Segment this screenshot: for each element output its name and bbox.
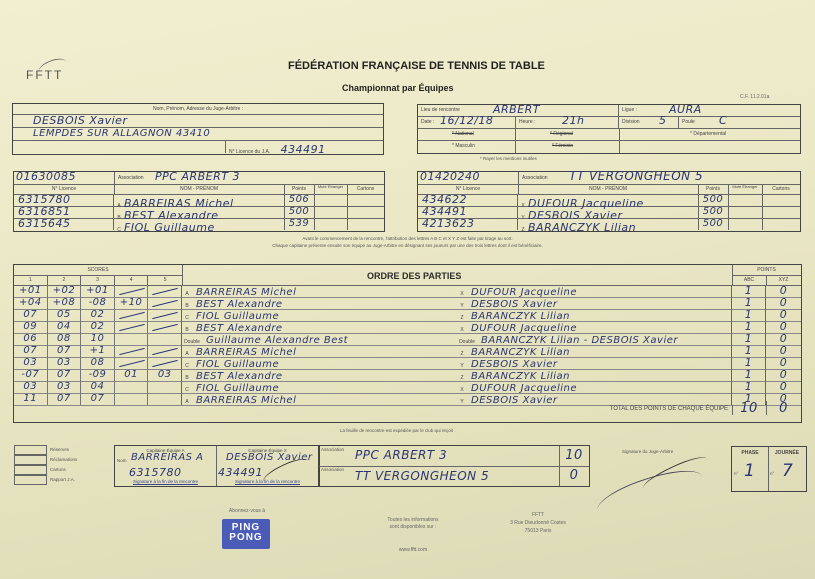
set-score-cell[interactable]: 01 bbox=[115, 369, 149, 381]
set-score-cell[interactable]: 10 bbox=[81, 333, 115, 345]
team-x-player-muted[interactable] bbox=[728, 218, 763, 230]
set-score-cell[interactable]: 03 bbox=[14, 381, 48, 393]
report-checkbox-row: Rapport J.A. bbox=[14, 475, 114, 485]
team-x-col-cartons: Cartons bbox=[762, 184, 800, 194]
set-score-cell[interactable]: 07 bbox=[48, 345, 82, 357]
set-header: 4 bbox=[115, 275, 149, 285]
away-player[interactable]: DESBOIS Xavier bbox=[467, 299, 558, 309]
set-score-cell[interactable]: +1 bbox=[81, 345, 115, 357]
dash-stroke-icon bbox=[153, 288, 178, 295]
captain-a-name[interactable]: BARREIRAS A bbox=[131, 452, 204, 463]
subscribe-label: Abonnez-vous à bbox=[220, 508, 274, 514]
home-player[interactable]: FIOL Guillaume bbox=[192, 383, 279, 393]
home-player[interactable]: BEST Alexandre bbox=[192, 299, 283, 309]
team-a-box: 01630085 Association PPC ARBERT 3 N° Lic… bbox=[13, 171, 385, 232]
team-a-player-letter: C bbox=[114, 227, 124, 233]
home-letter: Double bbox=[182, 336, 202, 345]
away-letter: Double bbox=[457, 336, 477, 345]
referee-license[interactable]: 434491 bbox=[275, 143, 326, 156]
result-box: Association PPC ARBERT 3 10 Association … bbox=[318, 445, 590, 487]
set-score-cell[interactable] bbox=[115, 321, 149, 333]
team-x-association-label: Association bbox=[522, 175, 548, 181]
set-header: 3 bbox=[81, 275, 115, 285]
set-score-cell[interactable]: -08 bbox=[81, 297, 115, 309]
team-x-player-cartons[interactable] bbox=[762, 206, 800, 218]
report-checkbox-row: Cartons bbox=[14, 465, 114, 475]
games-box: SCORES 12345 ORDRE DES PARTIES POINTS AB… bbox=[13, 264, 802, 423]
team-a-player-muted[interactable] bbox=[314, 206, 348, 218]
set-score-cell[interactable]: +02 bbox=[48, 285, 82, 297]
away-letter: Y bbox=[457, 360, 467, 369]
team-a-player-points[interactable]: 500 bbox=[284, 206, 315, 218]
dash-stroke-icon bbox=[153, 360, 178, 367]
team-a-player-muted[interactable] bbox=[314, 194, 348, 206]
set-score-cell[interactable]: 03 bbox=[48, 357, 82, 369]
team-x-col-points: Points bbox=[698, 184, 729, 194]
option-regional[interactable]: * Régional bbox=[550, 131, 573, 137]
total-xyz[interactable]: 0 bbox=[766, 401, 801, 416]
referee-address[interactable]: LEMPDES SUR ALLAGNON 43410 bbox=[13, 127, 383, 140]
captain-x-license[interactable]: 434491 bbox=[218, 466, 263, 479]
set-score-cell[interactable]: 07 bbox=[48, 369, 82, 381]
report-checkbox[interactable] bbox=[14, 455, 47, 465]
team-x-col-name: NOM - PRÉNOM bbox=[518, 184, 699, 194]
total-label: TOTAL DES POINTS DE CHAQUE ÉQUIPE bbox=[610, 406, 728, 412]
dash-stroke-icon bbox=[119, 324, 144, 331]
set-score-cell[interactable] bbox=[115, 345, 149, 357]
division-label: Division bbox=[622, 119, 640, 125]
ligue-label: Ligue : bbox=[622, 107, 637, 113]
option-feminin[interactable]: * Féminin bbox=[552, 143, 573, 149]
form-reference: C.F. 11.2.01a bbox=[740, 94, 769, 100]
page-subtitle: Championnat par Équipes bbox=[342, 83, 454, 93]
set-score-cell[interactable] bbox=[115, 333, 149, 345]
report-checkbox-row: Réserves bbox=[14, 445, 114, 455]
set-score-cell[interactable]: 08 bbox=[81, 357, 115, 369]
set-score-cell[interactable]: 07 bbox=[48, 393, 82, 405]
team-a-player-license[interactable]: 6315645 bbox=[14, 218, 114, 230]
team-x-player-points[interactable]: 500 bbox=[698, 218, 729, 230]
team-a-player-muted[interactable] bbox=[314, 218, 348, 230]
set-score-cell[interactable] bbox=[148, 297, 182, 309]
referee-label: Nom, Prénom, Adresse du Juge-Arbitre : bbox=[13, 104, 383, 114]
report-checkbox[interactable] bbox=[14, 475, 47, 485]
ja-signature-label: Signature du Juge-Arbitre bbox=[622, 449, 673, 454]
option-national[interactable]: * National bbox=[452, 131, 474, 137]
division-value[interactable]: 5 bbox=[659, 114, 667, 127]
set-score-cell[interactable] bbox=[148, 285, 182, 297]
team-a-col-cartons: Cartons bbox=[347, 184, 384, 194]
home-letter: A bbox=[182, 348, 192, 357]
home-player[interactable]: BEST Alexandre bbox=[192, 371, 283, 381]
home-letter: A bbox=[182, 288, 192, 297]
heure-label: Heure : bbox=[519, 119, 535, 125]
website-link[interactable]: www.fftt.com bbox=[368, 547, 458, 553]
phase-num-prefix: n° bbox=[734, 471, 738, 476]
set-score-cell[interactable]: +10 bbox=[115, 297, 149, 309]
team-a-col-name: NOM - PRÉNOM bbox=[114, 184, 285, 194]
away-letter: X bbox=[457, 384, 467, 393]
home-letter: B bbox=[182, 324, 192, 333]
assoc-x-name[interactable]: TT VERGONGHEON 5 bbox=[355, 469, 489, 483]
team-a-player-points[interactable]: 506 bbox=[284, 194, 315, 206]
set-score-cell[interactable] bbox=[115, 393, 149, 405]
away-player[interactable]: BARANCZYK Lilian - DESBOIS Xavier bbox=[477, 335, 678, 345]
home-letter: B bbox=[182, 372, 192, 381]
referee-name[interactable]: DESBOIS Xavier bbox=[13, 114, 383, 127]
set-score-cell[interactable] bbox=[148, 381, 182, 393]
date-label: Date : bbox=[421, 119, 434, 125]
report-checkbox[interactable] bbox=[14, 445, 47, 455]
team-a-player-points[interactable]: 539 bbox=[284, 218, 315, 230]
assoc-a-name[interactable]: PPC ARBERT 3 bbox=[355, 448, 447, 462]
assoc-x-label: Association bbox=[321, 467, 344, 472]
set-score-cell[interactable] bbox=[148, 345, 182, 357]
instructions-line-1: Avant le commencement de la rencontre, l… bbox=[0, 236, 815, 241]
home-letter: A bbox=[182, 396, 192, 405]
team-x-box: 01420240 Association TT VERGONGHEON 5 N°… bbox=[417, 171, 801, 232]
team-a-player-cartons[interactable] bbox=[347, 218, 384, 230]
home-letter: C bbox=[182, 384, 192, 393]
info-line-2: sont disponibles sur : bbox=[368, 524, 458, 530]
team-x-player-muted[interactable] bbox=[728, 194, 763, 206]
set-score-cell[interactable]: +01 bbox=[14, 285, 48, 297]
ligue-value[interactable]: AURA bbox=[669, 103, 702, 116]
match-info-box: Lieu de rencontre ARBERT Ligue : AURA Da… bbox=[417, 104, 801, 154]
away-player[interactable]: BARANCZYK Lilian bbox=[467, 371, 570, 381]
away-player[interactable]: DESBOIS Xavier bbox=[467, 359, 558, 369]
away-letter: Y bbox=[457, 396, 467, 405]
set-score-cell[interactable] bbox=[148, 357, 182, 369]
report-checkbox-label: Rapport J.A. bbox=[50, 477, 75, 482]
poule-label: Poule bbox=[682, 119, 695, 125]
away-letter: X bbox=[457, 324, 467, 333]
set-score-cell[interactable]: 04 bbox=[48, 321, 82, 333]
dash-stroke-icon bbox=[119, 288, 144, 295]
report-checkbox-label: Cartons bbox=[50, 467, 66, 472]
set-header: 5 bbox=[148, 275, 182, 285]
score-x[interactable]: 0 bbox=[559, 466, 589, 486]
page-title: FÉDÉRATION FRANÇAISE DE TENNIS DE TABLE bbox=[288, 60, 545, 72]
away-letter: Z bbox=[457, 372, 467, 381]
set-score-cell[interactable]: 11 bbox=[14, 393, 48, 405]
set-score-cell[interactable] bbox=[148, 333, 182, 345]
set-score-cell[interactable]: 03 bbox=[14, 357, 48, 369]
lieu-value[interactable]: ARBERT bbox=[493, 103, 540, 116]
referee-license-label: N° Licence du J.A. bbox=[226, 149, 270, 155]
expedition-note: La feuille de rencontre est expédiée par… bbox=[340, 428, 453, 433]
away-letter: Z bbox=[457, 312, 467, 321]
set-score-cell[interactable]: 08 bbox=[48, 333, 82, 345]
option-masculin[interactable]: * Masculin bbox=[452, 143, 475, 149]
team-x-player-letter: Z bbox=[518, 227, 528, 233]
team-x-player-license[interactable]: 4213623 bbox=[418, 218, 518, 230]
set-score-cell[interactable] bbox=[115, 285, 149, 297]
report-checkbox-row: Réclamations bbox=[14, 455, 114, 465]
captains-box: Capitaine Équipe A Nom BARREIRAS A 63157… bbox=[114, 445, 320, 487]
option-departemental[interactable]: * Départemental bbox=[690, 131, 726, 137]
away-player[interactable]: DUFOUR Jacqueline bbox=[467, 287, 577, 297]
set-score-cell[interactable]: 02 bbox=[81, 309, 115, 321]
team-x-association[interactable]: TT VERGONGHEON 5 bbox=[569, 169, 703, 183]
home-letter: C bbox=[182, 360, 192, 369]
away-player[interactable]: BARANCZYK Lilian bbox=[467, 311, 570, 321]
set-score-cell[interactable]: 03 bbox=[148, 369, 182, 381]
dash-stroke-icon bbox=[153, 324, 178, 331]
points-label: POINTS bbox=[732, 265, 801, 275]
home-letter: B bbox=[182, 300, 192, 309]
team-x-player-cartons[interactable] bbox=[762, 194, 800, 206]
home-player[interactable]: Guillaume Alexandre Best bbox=[202, 335, 348, 345]
team-x-player-name[interactable]: BARANCZYK Lilian bbox=[528, 221, 636, 234]
assoc-a-label: Association bbox=[321, 447, 344, 452]
team-a-col-points: Points bbox=[284, 184, 315, 194]
team-x-player-row: 4213623ZBARANCZYK Lilian500 bbox=[418, 218, 800, 230]
poule-value[interactable]: C bbox=[719, 114, 727, 127]
set-score-cell[interactable] bbox=[115, 381, 149, 393]
home-player[interactable]: BARREIRAS Michel bbox=[192, 395, 296, 405]
home-player[interactable]: FIOL Guillaume bbox=[192, 359, 279, 369]
set-header: 2 bbox=[48, 275, 82, 285]
home-player[interactable]: BEST Alexandre bbox=[192, 323, 283, 333]
info-line-1: Toutes les informations bbox=[368, 517, 458, 523]
team-a-club-number[interactable]: 01630085 bbox=[16, 170, 76, 183]
away-letter: Y bbox=[457, 300, 467, 309]
captain-a-nom-label: Nom bbox=[117, 458, 127, 463]
set-score-cell[interactable]: 07 bbox=[14, 345, 48, 357]
dash-stroke-icon bbox=[119, 312, 144, 319]
captain-a-signature-label[interactable]: Signature à la fin de la rencontre bbox=[115, 479, 216, 484]
total-abc[interactable]: 10 bbox=[732, 401, 767, 415]
dash-stroke-icon bbox=[119, 348, 144, 355]
away-player[interactable]: BARANCZYK Lilian bbox=[467, 347, 570, 357]
team-a-player-row: 6315645CFIOL Guillaume539 bbox=[14, 218, 384, 230]
referee-box: Nom, Prénom, Adresse du Juge-Arbitre : D… bbox=[12, 103, 384, 155]
journee-value[interactable]: 7 bbox=[782, 461, 793, 481]
away-player[interactable]: DUFOUR Jacqueline bbox=[467, 323, 577, 333]
lieu-label: Lieu de rencontre bbox=[421, 107, 460, 113]
address-line-2: 3 Rue Dieudonné Costes bbox=[498, 520, 578, 526]
set-score-cell[interactable]: 09 bbox=[14, 321, 48, 333]
phase-journee-box: PHASE n° 1 JOURNÉE n° 7 bbox=[731, 446, 807, 492]
set-score-cell[interactable] bbox=[115, 309, 149, 321]
team-a-association-label: Association bbox=[118, 175, 144, 181]
address-line-3: 75013 Paris bbox=[498, 528, 578, 534]
home-player[interactable]: BARREIRAS Michel bbox=[192, 287, 296, 297]
set-score-cell[interactable]: -09 bbox=[81, 369, 115, 381]
instructions-line-2: Chaque capitaine présente ensuite son éq… bbox=[0, 243, 815, 248]
set-score-cell[interactable]: 05 bbox=[48, 309, 82, 321]
away-player[interactable]: DUFOUR Jacqueline bbox=[467, 383, 577, 393]
set-score-cell[interactable]: +01 bbox=[81, 285, 115, 297]
team-a-association[interactable]: PPC ARBERT 3 bbox=[155, 170, 240, 183]
dash-stroke-icon bbox=[153, 300, 178, 307]
strike-note: * Rayer les mentions inutiles bbox=[480, 156, 537, 161]
team-x-club-number[interactable]: 01420240 bbox=[420, 170, 480, 183]
home-player[interactable]: FIOL Guillaume bbox=[192, 311, 279, 321]
match-sheet: FFTT FÉDÉRATION FRANÇAISE DE TENNIS DE T… bbox=[0, 0, 815, 579]
dash-stroke-icon bbox=[153, 312, 178, 319]
scores-label: SCORES bbox=[14, 265, 182, 275]
set-score-cell[interactable]: -07 bbox=[14, 369, 48, 381]
home-letter: C bbox=[182, 312, 192, 321]
team-x-col-muted: Muté Étranger bbox=[728, 184, 763, 194]
report-checkbox-label: Réclamations bbox=[50, 457, 77, 462]
journee-label: JOURNÉE bbox=[768, 450, 806, 456]
team-a-col-muted: Muté Étranger bbox=[314, 184, 348, 194]
report-checkbox[interactable] bbox=[14, 465, 47, 475]
home-player[interactable]: BARREIRAS Michel bbox=[192, 347, 296, 357]
set-score-cell[interactable] bbox=[148, 393, 182, 405]
team-x-player-muted[interactable] bbox=[728, 206, 763, 218]
set-score-cell[interactable]: 07 bbox=[81, 393, 115, 405]
away-letter: Z bbox=[457, 348, 467, 357]
team-x-player-cartons[interactable] bbox=[762, 218, 800, 230]
set-header: 1 bbox=[14, 275, 48, 285]
set-score-cell[interactable]: 06 bbox=[14, 333, 48, 345]
set-score-cell[interactable]: 07 bbox=[14, 309, 48, 321]
dash-stroke-icon bbox=[119, 360, 144, 367]
team-a-player-name[interactable]: FIOL Guillaume bbox=[124, 221, 215, 234]
set-score-cell[interactable]: 02 bbox=[81, 321, 115, 333]
away-letter: X bbox=[457, 288, 467, 297]
date-value[interactable]: 16/12/18 bbox=[440, 114, 493, 127]
pingpong-magazine-logo[interactable]: PING PONG bbox=[222, 519, 270, 549]
order-label: ORDRE DES PARTIES bbox=[367, 271, 461, 281]
team-a-player-cartons[interactable] bbox=[347, 206, 384, 218]
report-checkbox-label: Réserves bbox=[50, 447, 69, 452]
team-x-player-points[interactable]: 500 bbox=[698, 206, 729, 218]
away-player[interactable]: DESBOIS Xavier bbox=[467, 395, 558, 405]
team-x-player-points[interactable]: 500 bbox=[698, 194, 729, 206]
captain-a-license[interactable]: 6315780 bbox=[129, 466, 182, 479]
team-a-player-cartons[interactable] bbox=[347, 194, 384, 206]
phase-label: PHASE bbox=[732, 450, 768, 456]
score-a[interactable]: 10 bbox=[559, 446, 589, 467]
journee-num-prefix: n° bbox=[770, 471, 774, 476]
set-score-cell[interactable] bbox=[148, 309, 182, 321]
set-score-cell[interactable]: 03 bbox=[48, 381, 82, 393]
set-score-cell[interactable]: 04 bbox=[81, 381, 115, 393]
set-score-cell[interactable]: +04 bbox=[14, 297, 48, 309]
fftt-logo: FFTT bbox=[26, 68, 63, 82]
set-score-cell[interactable] bbox=[115, 357, 149, 369]
phase-value[interactable]: 1 bbox=[744, 461, 755, 481]
address-line-1: FFTT bbox=[498, 512, 578, 518]
heure-value[interactable]: 21h bbox=[562, 114, 584, 127]
dash-stroke-icon bbox=[153, 348, 178, 355]
set-score-cell[interactable] bbox=[148, 321, 182, 333]
set-score-cell[interactable]: +08 bbox=[48, 297, 82, 309]
